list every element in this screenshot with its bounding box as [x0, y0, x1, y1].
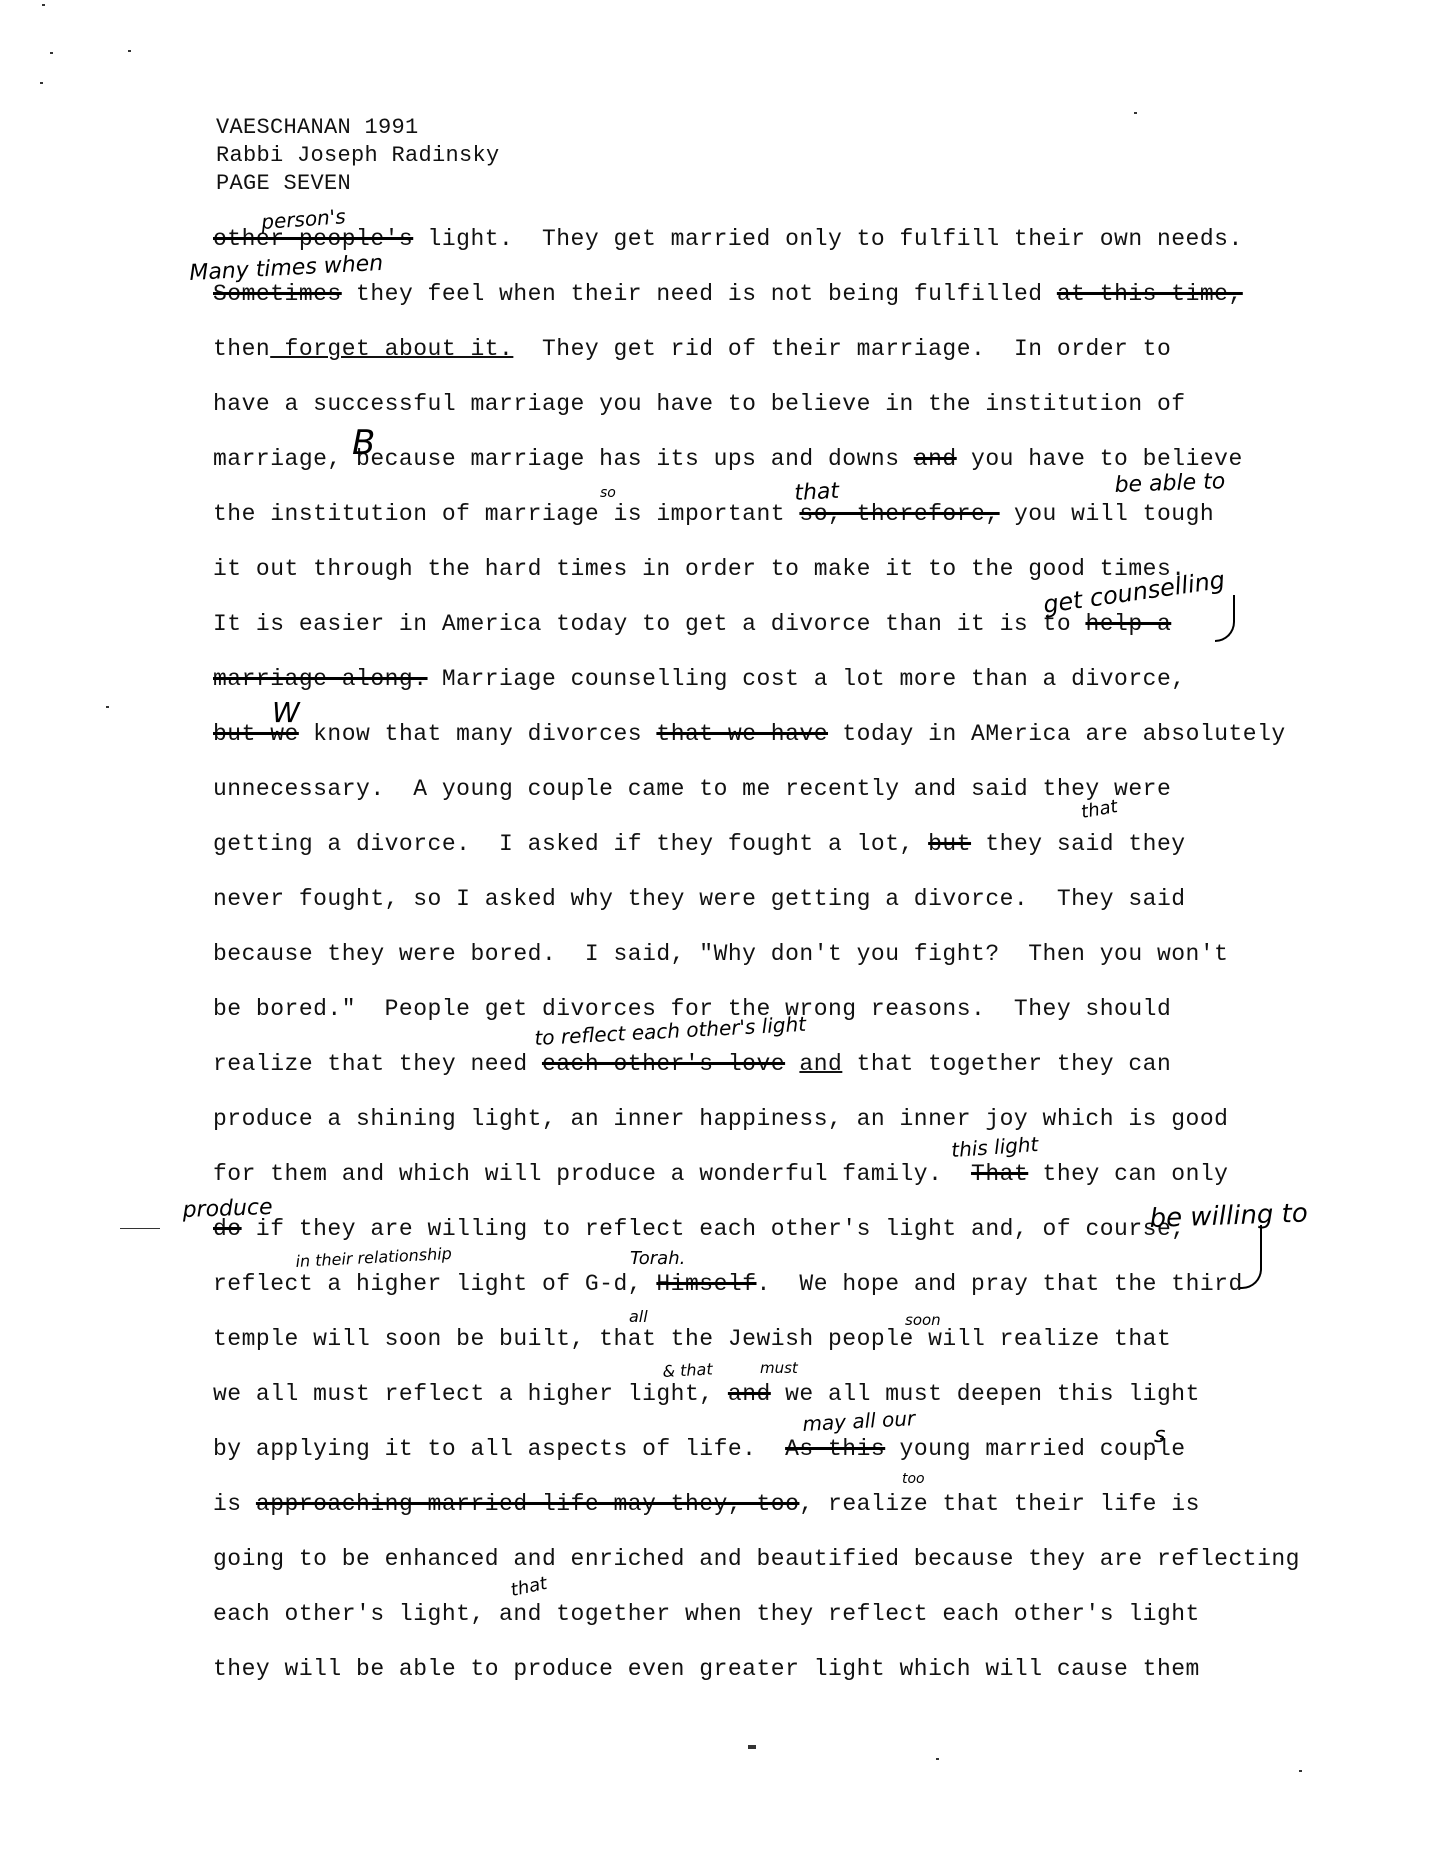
- scan-speck: [42, 4, 45, 6]
- line-text: it out through the hard times in order t…: [213, 556, 1186, 582]
- handwritten-note: may all our: [802, 1408, 916, 1434]
- line-text: we all must deepen this light: [771, 1381, 1200, 1407]
- text-line: other people's light. They get married o…: [213, 228, 1243, 251]
- line-text: today in AMerica are absolutely: [828, 721, 1286, 747]
- line-text: that together they can: [842, 1051, 1171, 1077]
- handwritten-note: produce: [182, 1197, 273, 1222]
- text-line: Sometimes they feel when their need is n…: [213, 283, 1243, 306]
- line-text: then: [213, 336, 270, 362]
- line-text: young married couple: [885, 1436, 1185, 1462]
- line-text: going to be enhanced and enriched and be…: [213, 1546, 1300, 1572]
- struck-text: but: [928, 831, 971, 857]
- line-text: for them and which will produce a wonder…: [213, 1161, 971, 1187]
- text-line: produce a shining light, an inner happin…: [213, 1108, 1228, 1131]
- struck-text: at this time,: [1057, 281, 1243, 307]
- handwritten-note: be willing to: [1149, 1200, 1308, 1232]
- handwritten-note: W: [272, 699, 300, 727]
- handwritten-note: & that: [662, 1361, 713, 1380]
- line-text: they said they: [971, 831, 1186, 857]
- line-text: you will tough: [1000, 501, 1215, 527]
- line-text: realize that they need: [213, 1051, 542, 1077]
- text-line: never fought, so I asked why they were g…: [213, 888, 1186, 911]
- scan-speck: [120, 1228, 160, 1229]
- header-page-label: PAGE SEVEN: [216, 173, 351, 195]
- scan-speck: [106, 706, 109, 708]
- line-text: by applying it to all aspects of life.: [213, 1436, 785, 1462]
- text-line: unnecessary. A young couple came to me r…: [213, 778, 1171, 801]
- scan-speck: [40, 82, 43, 84]
- text-line: it out through the hard times in order t…: [213, 558, 1186, 581]
- handwritten-note: too: [902, 1472, 925, 1486]
- line-text: . We hope and pray that the third: [757, 1271, 1243, 1297]
- text-line: realize that they need each other's love…: [213, 1053, 1171, 1076]
- line-text: , realize that their life is: [799, 1491, 1199, 1517]
- line-text: reflect a higher light of G-d,: [213, 1271, 656, 1297]
- text-line: reflect a higher light of G-d, Himself. …: [213, 1273, 1243, 1296]
- handwritten-note: so: [600, 486, 616, 500]
- text-line: because they were bored. I said, "Why do…: [213, 943, 1228, 966]
- header-author: Rabbi Joseph Radinsky: [216, 145, 500, 167]
- struck-text: that we have: [656, 721, 828, 747]
- line-text: [785, 1051, 799, 1077]
- line-text: marriage, because marriage has its ups a…: [213, 446, 914, 472]
- handwritten-note: s: [1154, 1425, 1165, 1447]
- header-title: VAESCHANAN 1991: [216, 117, 419, 139]
- line-text: they can only: [1028, 1161, 1228, 1187]
- struck-text: Himself: [656, 1271, 756, 1297]
- line-text: never fought, so I asked why they were g…: [213, 886, 1186, 912]
- handwritten-note: B: [352, 426, 375, 460]
- struck-text: help a: [1085, 611, 1171, 637]
- handwritten-note: must: [760, 1361, 798, 1376]
- line-text: unnecessary. A young couple came to me r…: [213, 776, 1171, 802]
- bracket-mark: [1215, 595, 1235, 642]
- struck-text: Sometimes: [213, 281, 342, 307]
- line-text: It is easier in America today to get a d…: [213, 611, 1085, 637]
- struck-text: marriage along.: [213, 666, 428, 692]
- line-text: they feel when their need is not being f…: [342, 281, 1057, 307]
- line-text: They get rid of their marriage. In order…: [513, 336, 1171, 362]
- line-text: produce a shining light, an inner happin…: [213, 1106, 1228, 1132]
- handwritten-note: this light: [951, 1134, 1039, 1160]
- text-line: the institution of marriage is important…: [213, 503, 1214, 526]
- text-line: we all must reflect a higher light, and …: [213, 1383, 1200, 1406]
- handwritten-note: be able to: [1114, 471, 1225, 497]
- line-text: Marriage counselling cost a lot more tha…: [428, 666, 1186, 692]
- text-line: for them and which will produce a wonder…: [213, 1163, 1228, 1186]
- scan-speck: [128, 50, 131, 52]
- handwritten-note: in their relationship: [295, 1246, 452, 1270]
- text-line: but we know that many divorces that we h…: [213, 723, 1286, 746]
- line-text: is: [213, 1491, 256, 1517]
- handwritten-note: Torah.: [630, 1250, 685, 1268]
- text-line: have a successful marriage you have to b…: [213, 393, 1186, 416]
- scan-speck: [1299, 1770, 1302, 1772]
- line-text: because they were bored. I said, "Why do…: [213, 941, 1228, 967]
- line-text: the institution of marriage is important: [213, 501, 799, 527]
- underlined-text: forget about it.: [270, 336, 513, 362]
- bracket-mark: [1240, 1225, 1262, 1289]
- text-line: going to be enhanced and enriched and be…: [213, 1548, 1300, 1571]
- line-text: temple will soon be built, that the Jewi…: [213, 1326, 1171, 1352]
- text-line: is approaching married life may they, to…: [213, 1493, 1200, 1516]
- handwritten-note: all: [629, 1309, 648, 1325]
- struck-text: each other's love: [542, 1051, 785, 1077]
- scanned-document-page: VAESCHANAN 1991 Rabbi Joseph Radinsky PA…: [0, 0, 1430, 1851]
- handwritten-note: that: [794, 481, 840, 505]
- text-line: then forget about it. They get rid of th…: [213, 338, 1171, 361]
- text-line: do if they are willing to reflect each o…: [213, 1218, 1186, 1241]
- text-line: getting a divorce. I asked if they fough…: [213, 833, 1186, 856]
- handwritten-note: that: [509, 1575, 549, 1600]
- line-text: we all must reflect a higher light,: [213, 1381, 728, 1407]
- text-line: by applying it to all aspects of life. A…: [213, 1438, 1186, 1461]
- line-text: know that many divorces: [299, 721, 657, 747]
- struck-text: That: [971, 1161, 1028, 1187]
- text-line: temple will soon be built, that the Jewi…: [213, 1328, 1171, 1351]
- line-text: light. They get married only to fulfill …: [413, 226, 1243, 252]
- struck-text: so, therefore,: [799, 501, 999, 527]
- struck-text: approaching married life may they, too: [256, 1491, 800, 1517]
- handwritten-note: soon: [905, 1313, 941, 1328]
- handwritten-note: that: [1080, 798, 1119, 822]
- scan-speck: [50, 52, 53, 54]
- line-text: they will be able to produce even greate…: [213, 1656, 1200, 1682]
- scan-speck: [1134, 112, 1137, 114]
- text-line: they will be able to produce even greate…: [213, 1658, 1200, 1681]
- line-text: have a successful marriage you have to b…: [213, 391, 1186, 417]
- underlined-text: and: [799, 1051, 842, 1077]
- line-text: getting a divorce. I asked if they fough…: [213, 831, 928, 857]
- text-line: each other's light, and together when th…: [213, 1603, 1200, 1626]
- line-text: you have to believe: [957, 446, 1243, 472]
- line-text: each other's light, and together when th…: [213, 1601, 1200, 1627]
- text-line: It is easier in America today to get a d…: [213, 613, 1171, 636]
- line-text: if they are willing to reflect each othe…: [242, 1216, 1186, 1242]
- text-line: marriage along. Marriage counselling cos…: [213, 668, 1186, 691]
- struck-text: As this: [785, 1436, 885, 1462]
- scan-speck: [936, 1758, 939, 1760]
- scan-speck: [748, 1745, 756, 1749]
- struck-text: and: [728, 1381, 771, 1407]
- handwritten-note: person's: [261, 206, 347, 232]
- struck-text: and: [914, 446, 957, 472]
